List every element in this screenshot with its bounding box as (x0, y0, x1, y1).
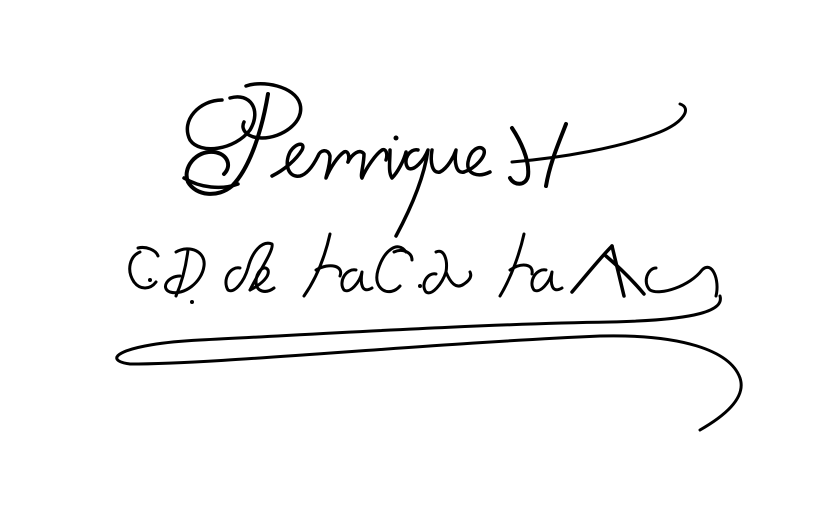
signature-name-strokes (184, 84, 686, 236)
signature-drawing (0, 0, 828, 519)
signature-subtitle-strokes (130, 234, 717, 304)
signature: Perriquet T. D. de la C. de la M. (0, 0, 828, 519)
signature-flourish (117, 296, 741, 430)
